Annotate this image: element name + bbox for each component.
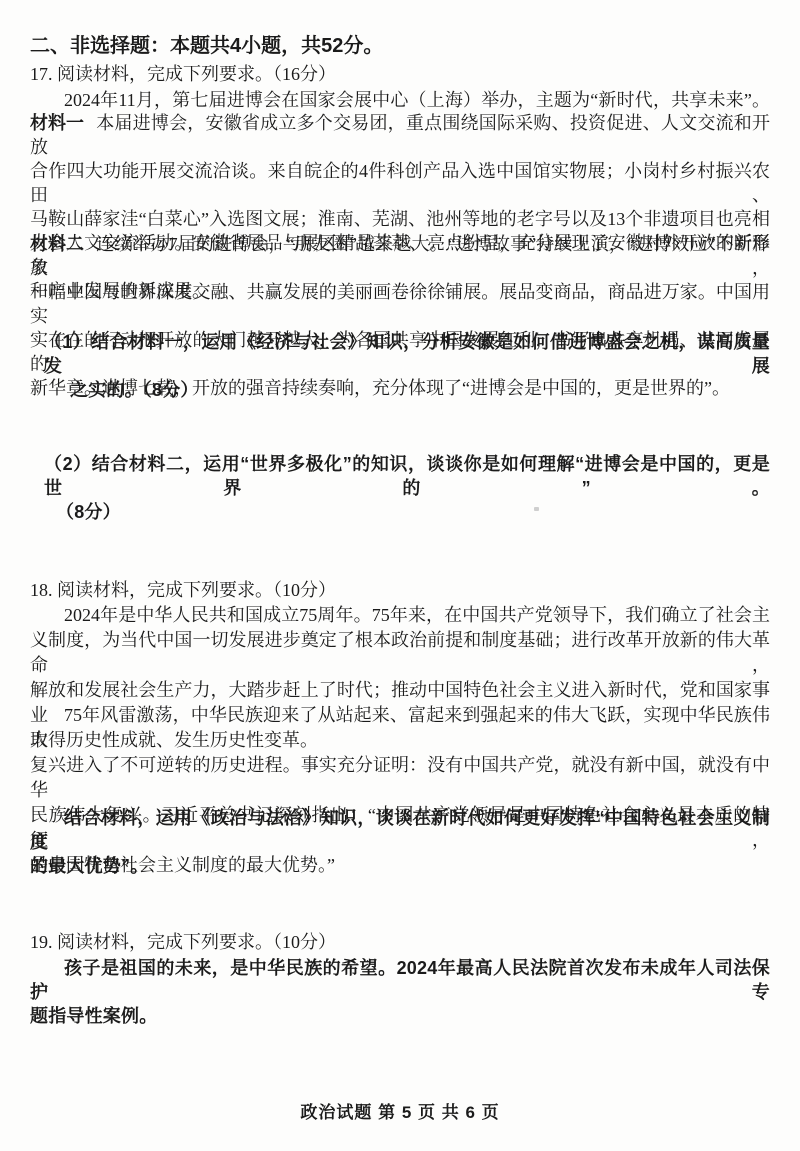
material-1-line: 合作四大功能开展交流洽谈。来自皖企的4件科创产品入选中国馆实物展；小岗村乡村振兴…	[30, 159, 770, 207]
q18-p2-line: 75年风雷激荡，中华民族迎来了从站起来、富起来到强起来的伟大飞跃，实现中华民族伟…	[30, 703, 770, 753]
q18-task-line: 的最大优势”。	[30, 854, 770, 878]
q17-sub2-line: （2）结合材料二，运用“世界多极化”的知识，谈谈你是如何理解“进博会是中国的，更…	[30, 452, 770, 500]
question-17-sub-1: （1）结合材料一，运用《经济与社会》知识，分析安徽是如何借进博盛会之机，谋高质量…	[30, 330, 770, 402]
question-19-paragraph: 孩子是祖国的未来，是中华民族的希望。2024年最高人民法院首次发布未成年人司法保…	[30, 956, 770, 1028]
material-2-text: 连续举办7届的进博会，“朋友圈”越来越大。“进博故事”持续上演，“进博效应”不断…	[30, 234, 770, 278]
q17-sub1-line: （1）结合材料一，运用《经济与社会》知识，分析安徽是如何借进博盛会之机，谋高质量…	[30, 330, 770, 378]
question-17-intro: 2024年11月，第七届进博会在国家会展中心（上海）举办，主题为“新时代，共享未…	[30, 88, 770, 112]
material-1-text: 本届进博会，安徽省成立多个交易团，重点围绕国际采购、投资促进、人文交流和开放	[30, 113, 770, 157]
q19-p-line: 孩子是祖国的未来，是中华民族的希望。2024年最高人民法院首次发布未成年人司法保…	[30, 956, 770, 1004]
question-17-sub-2: （2）结合材料二，运用“世界多极化”的知识，谈谈你是如何理解“进博会是中国的，更…	[30, 452, 770, 524]
q18-task-line: 结合材料，运用《政治与法治》知识，谈谈在新时代如何更好发挥“中国特色社会主义制度	[30, 806, 770, 854]
page-footer: 政治试题 第 5 页 共 6 页	[0, 1098, 800, 1123]
material-2-line: 材料二连续举办7届的进博会，“朋友圈”越来越大。“进博故事”持续上演，“进博效应…	[30, 232, 770, 280]
exam-paper-page: 二、非选择题：本题共4小题，共52分。 17. 阅读材料，完成下列要求。（16分…	[0, 0, 800, 1151]
material-1-line: 马鞍山薛家洼“白菜心”入选图文展；淮南、芜湖、池州等地的老字号以及13个非遗项目…	[30, 207, 770, 231]
q17-intro-line: 2024年11月，第七届进博会在国家会展中心（上海）举办，主题为“新时代，共享未…	[30, 88, 770, 112]
q19-p-line: 题指导性案例。	[30, 1004, 770, 1028]
material-2-label: 材料二	[30, 232, 84, 256]
q18-p1-line: 义制度，为当代中国一切发展进步奠定了根本政治前提和制度基础；进行改革开放新的伟大…	[30, 628, 770, 678]
q17-sub2-line: （8分）	[56, 500, 770, 524]
question-17-header: 17. 阅读材料，完成下列要求。（16分）	[30, 62, 770, 87]
question-18-header: 18. 阅读材料，完成下列要求。（10分）	[30, 578, 770, 603]
scan-speck	[534, 507, 539, 511]
material-2-line: 一幅中国与世界深度交融、共赢发展的美丽画卷徐徐铺展。展品变商品，商品进万家。中国…	[30, 280, 770, 328]
q18-p2-line: 复兴进入了不可逆转的历史进程。事实充分证明：没有中国共产党，就没有新中国，就没有…	[30, 753, 770, 803]
material-1-label: 材料一	[30, 111, 84, 135]
q17-sub1-line: 之实的。（8分）	[70, 378, 770, 402]
section-header: 二、非选择题：本题共4小题，共52分。	[30, 33, 770, 59]
question-19-header: 19. 阅读材料，完成下列要求。（10分）	[30, 930, 770, 955]
q18-p1-line: 2024年是中华人民共和国成立75周年。75年来，在中国共产党领导下，我们确立了…	[30, 603, 770, 628]
material-1-line: 材料一本届进博会，安徽省成立多个交易团，重点围绕国际采购、投资促进、人文交流和开…	[30, 111, 770, 159]
question-18-task: 结合材料，运用《政治与法治》知识，谈谈在新时代如何更好发挥“中国特色社会主义制度…	[30, 806, 770, 878]
